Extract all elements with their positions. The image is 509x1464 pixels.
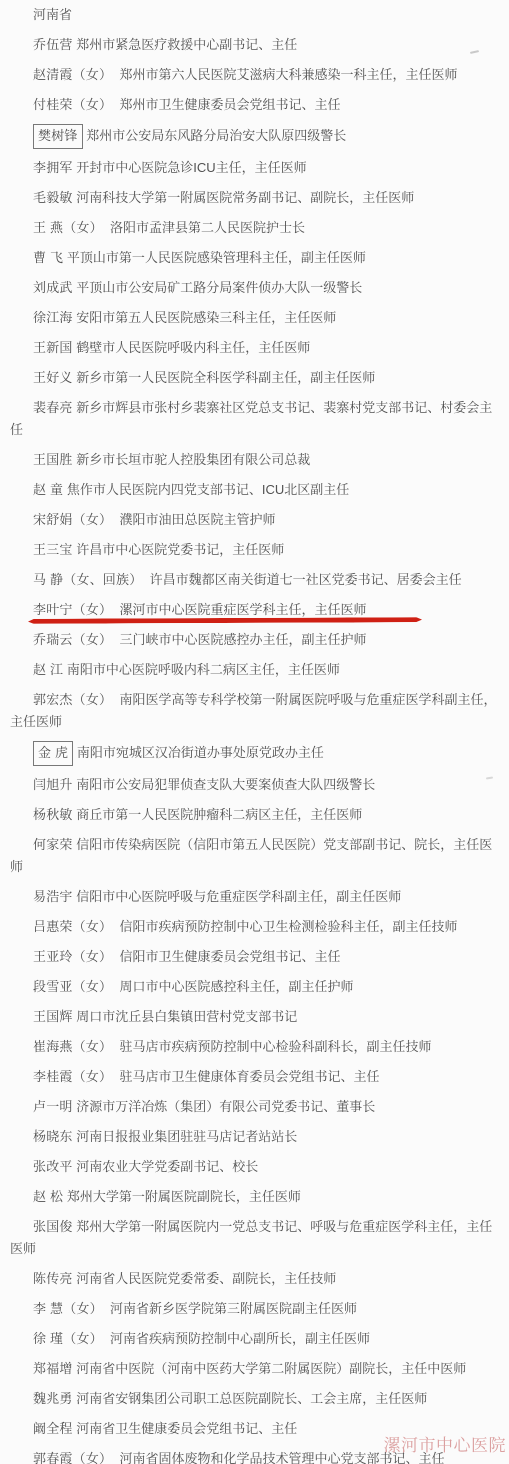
honoree-row: 裴春亮 新乡市辉县市张村乡裴寨社区党总支书记、裴寨村党支部书记、村委会主任 bbox=[10, 397, 501, 441]
honoree-name: 王国辉 bbox=[33, 1009, 73, 1024]
honoree-row: 闫旭升 南阳市公安局犯罪侦查支队大要案侦查大队四级警长 bbox=[10, 774, 501, 796]
honoree-title: 信阳市疾病预防控制中心卫生检测检验科主任，副主任技师 bbox=[119, 919, 457, 934]
honoree-row: 乔伍营 郑州市紧急医疗救援中心副书记、主任 bbox=[10, 34, 501, 56]
honoree-title: 南阳市中心医院呼吸内科二病区主任，主任医师 bbox=[67, 662, 340, 677]
honoree-name: 徐江海 bbox=[33, 310, 73, 325]
honoree-row: 赵 松 郑州大学第一附属医院副院长，主任医师 bbox=[10, 1186, 501, 1208]
honoree-row: 张改平 河南农业大学党委副书记、校长 bbox=[10, 1156, 501, 1178]
honoree-name: 金 虎 bbox=[33, 741, 73, 766]
honoree-name: 曹 飞 bbox=[33, 250, 63, 265]
honoree-title: 许昌市魏都区南关街道七一社区党委书记、居委会主任 bbox=[150, 572, 462, 587]
honoree-row: 王 燕（女） 洛阳市孟津县第二人民医院护士长 bbox=[10, 217, 501, 239]
honoree-title: 三门峡市中心医院感控办主任，副主任护师 bbox=[119, 632, 366, 647]
honoree-row: 王三宝 许昌市中心医院党委书记，主任医师 bbox=[10, 539, 501, 561]
honoree-title: 济源市万洋冶炼（集团）有限公司党委书记、董事长 bbox=[76, 1099, 375, 1114]
honoree-row: 宋舒娟（女） 濮阳市油田总医院主管护师 bbox=[10, 509, 501, 531]
honoree-name: 赵 江 bbox=[33, 662, 63, 677]
honoree-row: 张国俊 郑州大学第一附属医院内一党总支书记、呼吸与危重症医学科主任，主任医师 bbox=[10, 1216, 501, 1260]
honoree-name: 乔瑞云（女） bbox=[33, 632, 112, 647]
honoree-row: 马 静（女、回族） 许昌市魏都区南关街道七一社区党委书记、居委会主任 bbox=[10, 569, 501, 591]
honoree-row: 李桂霞（女） 驻马店市卫生健康体育委员会党组书记、主任 bbox=[10, 1066, 501, 1088]
name-title-gap bbox=[142, 572, 149, 587]
honoree-name: 赵 松 bbox=[33, 1189, 63, 1204]
honoree-title: 开封市中心医院急诊ICU主任，主任医师 bbox=[76, 160, 306, 175]
honoree-title: 洛阳市孟津县第二人民医院护士长 bbox=[110, 220, 305, 235]
honoree-title: 河南省安钢集团公司职工总医院副院长、工会主席，主任医师 bbox=[76, 1391, 427, 1406]
honoree-name: 赵清霞（女） bbox=[33, 67, 112, 82]
honoree-title: 鹤壁市人民医院呼吸内科主任，主任医师 bbox=[76, 340, 310, 355]
honoree-row: 付桂荣（女） 郑州市卫生健康委员会党组书记、主任 bbox=[10, 94, 501, 116]
honoree-title: 信阳市中心医院呼吸与危重症医学科副主任，副主任医师 bbox=[76, 889, 401, 904]
honoree-name: 宋舒娟（女） bbox=[33, 512, 112, 527]
honoree-name: 王亚玲（女） bbox=[33, 949, 112, 964]
honoree-name: 魏兆勇 bbox=[33, 1391, 73, 1406]
honoree-row: 王新国 鹤壁市人民医院呼吸内科主任，主任医师 bbox=[10, 337, 501, 359]
honoree-title: 河南省固体废物和化学品技术管理中心党支部书记、主任 bbox=[119, 1451, 444, 1464]
honoree-row: 李叶宁（女） 漯河市中心医院重症医学科主任，主任医师 bbox=[10, 599, 501, 621]
honor-roll-document: 河南省 乔伍营 郑州市紧急医疗救援中心副书记、主任 赵清霞（女） 郑州市第六人民… bbox=[0, 0, 509, 1464]
honoree-title: 南阳市公安局犯罪侦查支队大要案侦查大队四级警长 bbox=[76, 777, 375, 792]
honoree-title: 周口市沈丘县白集镇田营村党支部书记 bbox=[76, 1009, 297, 1024]
honoree-title: 平顶山市公安局矿工路分局案件侦办大队一级警长 bbox=[76, 280, 362, 295]
honoree-title: 平顶山市第一人民医院感染管理科主任，副主任医师 bbox=[67, 250, 366, 265]
honoree-title: 河南农业大学党委副书记、校长 bbox=[76, 1159, 258, 1174]
honoree-row: 李 慧（女） 河南省新乡医学院第三附属医院副主任医师 bbox=[10, 1298, 501, 1320]
honoree-name: 郑福增 bbox=[33, 1361, 73, 1376]
honoree-row: 金 虎 南阳市宛城区汉冶街道办事处原党政办主任 bbox=[10, 741, 501, 766]
honoree-title: 河南省新乡医学院第三附属医院副主任医师 bbox=[110, 1301, 357, 1316]
honoree-title: 河南省疾病预防控制中心副所长，副主任医师 bbox=[110, 1331, 370, 1346]
honoree-title: 信阳市卫生健康委员会党组书记、主任 bbox=[119, 949, 340, 964]
honoree-name: 付桂荣（女） bbox=[33, 97, 112, 112]
honoree-title: 新乡市长垣市驼人控股集团有限公司总裁 bbox=[76, 452, 310, 467]
honoree-name: 李 慧（女） bbox=[33, 1301, 103, 1316]
name-title-gap bbox=[103, 1301, 110, 1316]
name-title-gap bbox=[103, 220, 110, 235]
honoree-row: 吕惠荣（女） 信阳市疾病预防控制中心卫生检测检验科主任，副主任技师 bbox=[10, 916, 501, 938]
honoree-row: 王好义 新乡市第一人民医院全科医学科副主任，副主任医师 bbox=[10, 367, 501, 389]
honoree-title: 郑州市公安局东风路分局治安大队原四级警长 bbox=[86, 128, 346, 143]
honoree-name: 刘成武 bbox=[33, 280, 73, 295]
honoree-row: 段雪亚（女） 周口市中心医院感控科主任，副主任护师 bbox=[10, 976, 501, 998]
honoree-row: 何家荣 信阳市传染病医院（信阳市第五人民医院）党支部副书记、院长，主任医师 bbox=[10, 834, 501, 878]
honoree-row: 阚全程 河南省卫生健康委员会党组书记、主任 bbox=[10, 1418, 501, 1440]
honoree-title: 濮阳市油田总医院主管护师 bbox=[119, 512, 275, 527]
honoree-title: 河南省中医院（河南中医药大学第二附属医院）副院长，主任中医师 bbox=[76, 1361, 466, 1376]
honoree-row: 刘成武 平顶山市公安局矿工路分局案件侦办大队一级警长 bbox=[10, 277, 501, 299]
honoree-row: 郭宏杰（女） 南阳医学高等专科学校第一附属医院呼吸与危重症医学科副主任，主任医师 bbox=[10, 689, 501, 733]
honoree-name: 张国俊 bbox=[33, 1219, 73, 1234]
honoree-title: 焦作市人民医院内四党支部书记、ICU北区副主任 bbox=[67, 482, 349, 497]
honoree-title: 河南科技大学第一附属医院常务副书记、副院长，主任医师 bbox=[76, 190, 414, 205]
honoree-name: 王 燕（女） bbox=[33, 220, 103, 235]
honoree-title: 河南日报报业集团驻驻马店记者站站长 bbox=[76, 1129, 297, 1144]
honoree-name: 樊树锋 bbox=[33, 124, 83, 149]
honoree-title: 新乡市辉县市张村乡裴寨社区党总支书记、裴寨村党支部书记、村委会主任 bbox=[10, 400, 492, 437]
honoree-name: 王好义 bbox=[33, 370, 73, 385]
honoree-name: 杨晓东 bbox=[33, 1129, 73, 1144]
honoree-title: 河南省卫生健康委员会党组书记、主任 bbox=[76, 1421, 297, 1436]
honoree-row: 毛毅敏 河南科技大学第一附属医院常务副书记、副院长，主任医师 bbox=[10, 187, 501, 209]
honoree-name: 易浩宇 bbox=[33, 889, 73, 904]
honoree-title: 漯河市中心医院重症医学科主任，主任医师 bbox=[119, 602, 366, 617]
honoree-name: 裴春亮 bbox=[33, 400, 73, 415]
province-header: 河南省 bbox=[10, 4, 501, 26]
honoree-title: 郑州市紧急医疗救援中心副书记、主任 bbox=[76, 37, 297, 52]
honoree-name: 马 静（女、回族） bbox=[33, 572, 142, 587]
honoree-title: 驻马店市卫生健康体育委员会党组书记、主任 bbox=[119, 1069, 379, 1084]
honoree-title: 新乡市第一人民医院全科医学科副主任，副主任医师 bbox=[76, 370, 375, 385]
honoree-name: 李叶宁（女） bbox=[33, 602, 112, 617]
honoree-title: 郑州大学第一附属医院内一党总支书记、呼吸与危重症医学科主任，主任医师 bbox=[10, 1219, 492, 1256]
honoree-name: 李拥军 bbox=[33, 160, 73, 175]
honoree-row: 王亚玲（女） 信阳市卫生健康委员会党组书记、主任 bbox=[10, 946, 501, 968]
honoree-name: 赵 童 bbox=[33, 482, 63, 497]
honoree-name: 何家荣 bbox=[33, 837, 73, 852]
honoree-title: 郑州大学第一附属医院副院长，主任医师 bbox=[67, 1189, 301, 1204]
honoree-name: 陈传亮 bbox=[33, 1271, 73, 1286]
honoree-name: 吕惠荣（女） bbox=[33, 919, 112, 934]
honoree-row: 杨秋敏 商丘市第一人民医院肿瘤科二病区主任，主任医师 bbox=[10, 804, 501, 826]
honoree-row: 乔瑞云（女） 三门峡市中心医院感控办主任，副主任护师 bbox=[10, 629, 501, 651]
honoree-row: 魏兆勇 河南省安钢集团公司职工总医院副院长、工会主席，主任医师 bbox=[10, 1388, 501, 1410]
honoree-row: 李拥军 开封市中心医院急诊ICU主任，主任医师 bbox=[10, 157, 501, 179]
honoree-name: 乔伍营 bbox=[33, 37, 73, 52]
honoree-row: 赵清霞（女） 郑州市第六人民医院艾滋病大科兼感染一科主任，主任医师 bbox=[10, 64, 501, 86]
honoree-row: 崔海燕（女） 驻马店市疾病预防控制中心检验科副科长，副主任技师 bbox=[10, 1036, 501, 1058]
honoree-row: 卢一明 济源市万洋冶炼（集团）有限公司党委书记、董事长 bbox=[10, 1096, 501, 1118]
honoree-title: 商丘市第一人民医院肿瘤科二病区主任，主任医师 bbox=[76, 807, 362, 822]
honoree-title: 安阳市第五人民医院感染三科主任，主任医师 bbox=[76, 310, 336, 325]
honoree-row: 樊树锋 郑州市公安局东风路分局治安大队原四级警长 bbox=[10, 124, 501, 149]
name-title-gap bbox=[103, 1331, 110, 1346]
honoree-row: 曹 飞 平顶山市第一人民医院感染管理科主任，副主任医师 bbox=[10, 247, 501, 269]
honoree-name: 郭春霞（女） bbox=[33, 1451, 112, 1464]
honoree-name: 张改平 bbox=[33, 1159, 73, 1174]
honoree-name: 李桂霞（女） bbox=[33, 1069, 112, 1084]
honoree-title: 驻马店市疾病预防控制中心检验科副科长，副主任技师 bbox=[119, 1039, 431, 1054]
honoree-name: 王三宝 bbox=[33, 542, 73, 557]
honoree-name: 徐 瑾（女） bbox=[33, 1331, 103, 1346]
honoree-name: 郭宏杰（女） bbox=[33, 692, 112, 707]
honoree-row: 徐江海 安阳市第五人民医院感染三科主任，主任医师 bbox=[10, 307, 501, 329]
honoree-name: 杨秋敏 bbox=[33, 807, 73, 822]
honoree-row: 郭春霞（女） 河南省固体废物和化学品技术管理中心党支部书记、主任 bbox=[10, 1448, 501, 1464]
honoree-row: 王国胜 新乡市长垣市驼人控股集团有限公司总裁 bbox=[10, 449, 501, 471]
honoree-title: 郑州市第六人民医院艾滋病大科兼感染一科主任，主任医师 bbox=[119, 67, 457, 82]
honoree-title: 郑州市卫生健康委员会党组书记、主任 bbox=[119, 97, 340, 112]
honoree-row: 郑福增 河南省中医院（河南中医药大学第二附属医院）副院长，主任中医师 bbox=[10, 1358, 501, 1380]
honoree-row: 王国辉 周口市沈丘县白集镇田营村党支部书记 bbox=[10, 1006, 501, 1028]
honoree-name: 卢一明 bbox=[33, 1099, 73, 1114]
honoree-name: 阚全程 bbox=[33, 1421, 73, 1436]
honoree-row: 杨晓东 河南日报报业集团驻驻马店记者站站长 bbox=[10, 1126, 501, 1148]
honoree-row: 易浩宇 信阳市中心医院呼吸与危重症医学科副主任，副主任医师 bbox=[10, 886, 501, 908]
honoree-name: 崔海燕（女） bbox=[33, 1039, 112, 1054]
honoree-title: 许昌市中心医院党委书记，主任医师 bbox=[76, 542, 284, 557]
red-underline-marker bbox=[28, 617, 422, 624]
honoree-name: 段雪亚（女） bbox=[33, 979, 112, 994]
honoree-title: 河南省人民医院党委常委、副院长，主任技师 bbox=[76, 1271, 336, 1286]
honoree-name: 王国胜 bbox=[33, 452, 73, 467]
honoree-title: 信阳市传染病医院（信阳市第五人民医院）党支部副书记、院长，主任医师 bbox=[10, 837, 492, 874]
honoree-name: 毛毅敏 bbox=[33, 190, 73, 205]
honoree-row: 赵 童 焦作市人民医院内四党支部书记、ICU北区副主任 bbox=[10, 479, 501, 501]
honoree-name: 闫旭升 bbox=[33, 777, 73, 792]
honoree-row: 徐 瑾（女） 河南省疾病预防控制中心副所长，副主任医师 bbox=[10, 1328, 501, 1350]
honoree-row: 陈传亮 河南省人民医院党委常委、副院长，主任技师 bbox=[10, 1268, 501, 1290]
honoree-title: 周口市中心医院感控科主任，副主任护师 bbox=[119, 979, 353, 994]
honoree-name: 王新国 bbox=[33, 340, 73, 355]
honoree-row: 赵 江 南阳市中心医院呼吸内科二病区主任，主任医师 bbox=[10, 659, 501, 681]
honoree-title: 南阳市宛城区汉冶街道办事处原党政办主任 bbox=[77, 745, 324, 760]
